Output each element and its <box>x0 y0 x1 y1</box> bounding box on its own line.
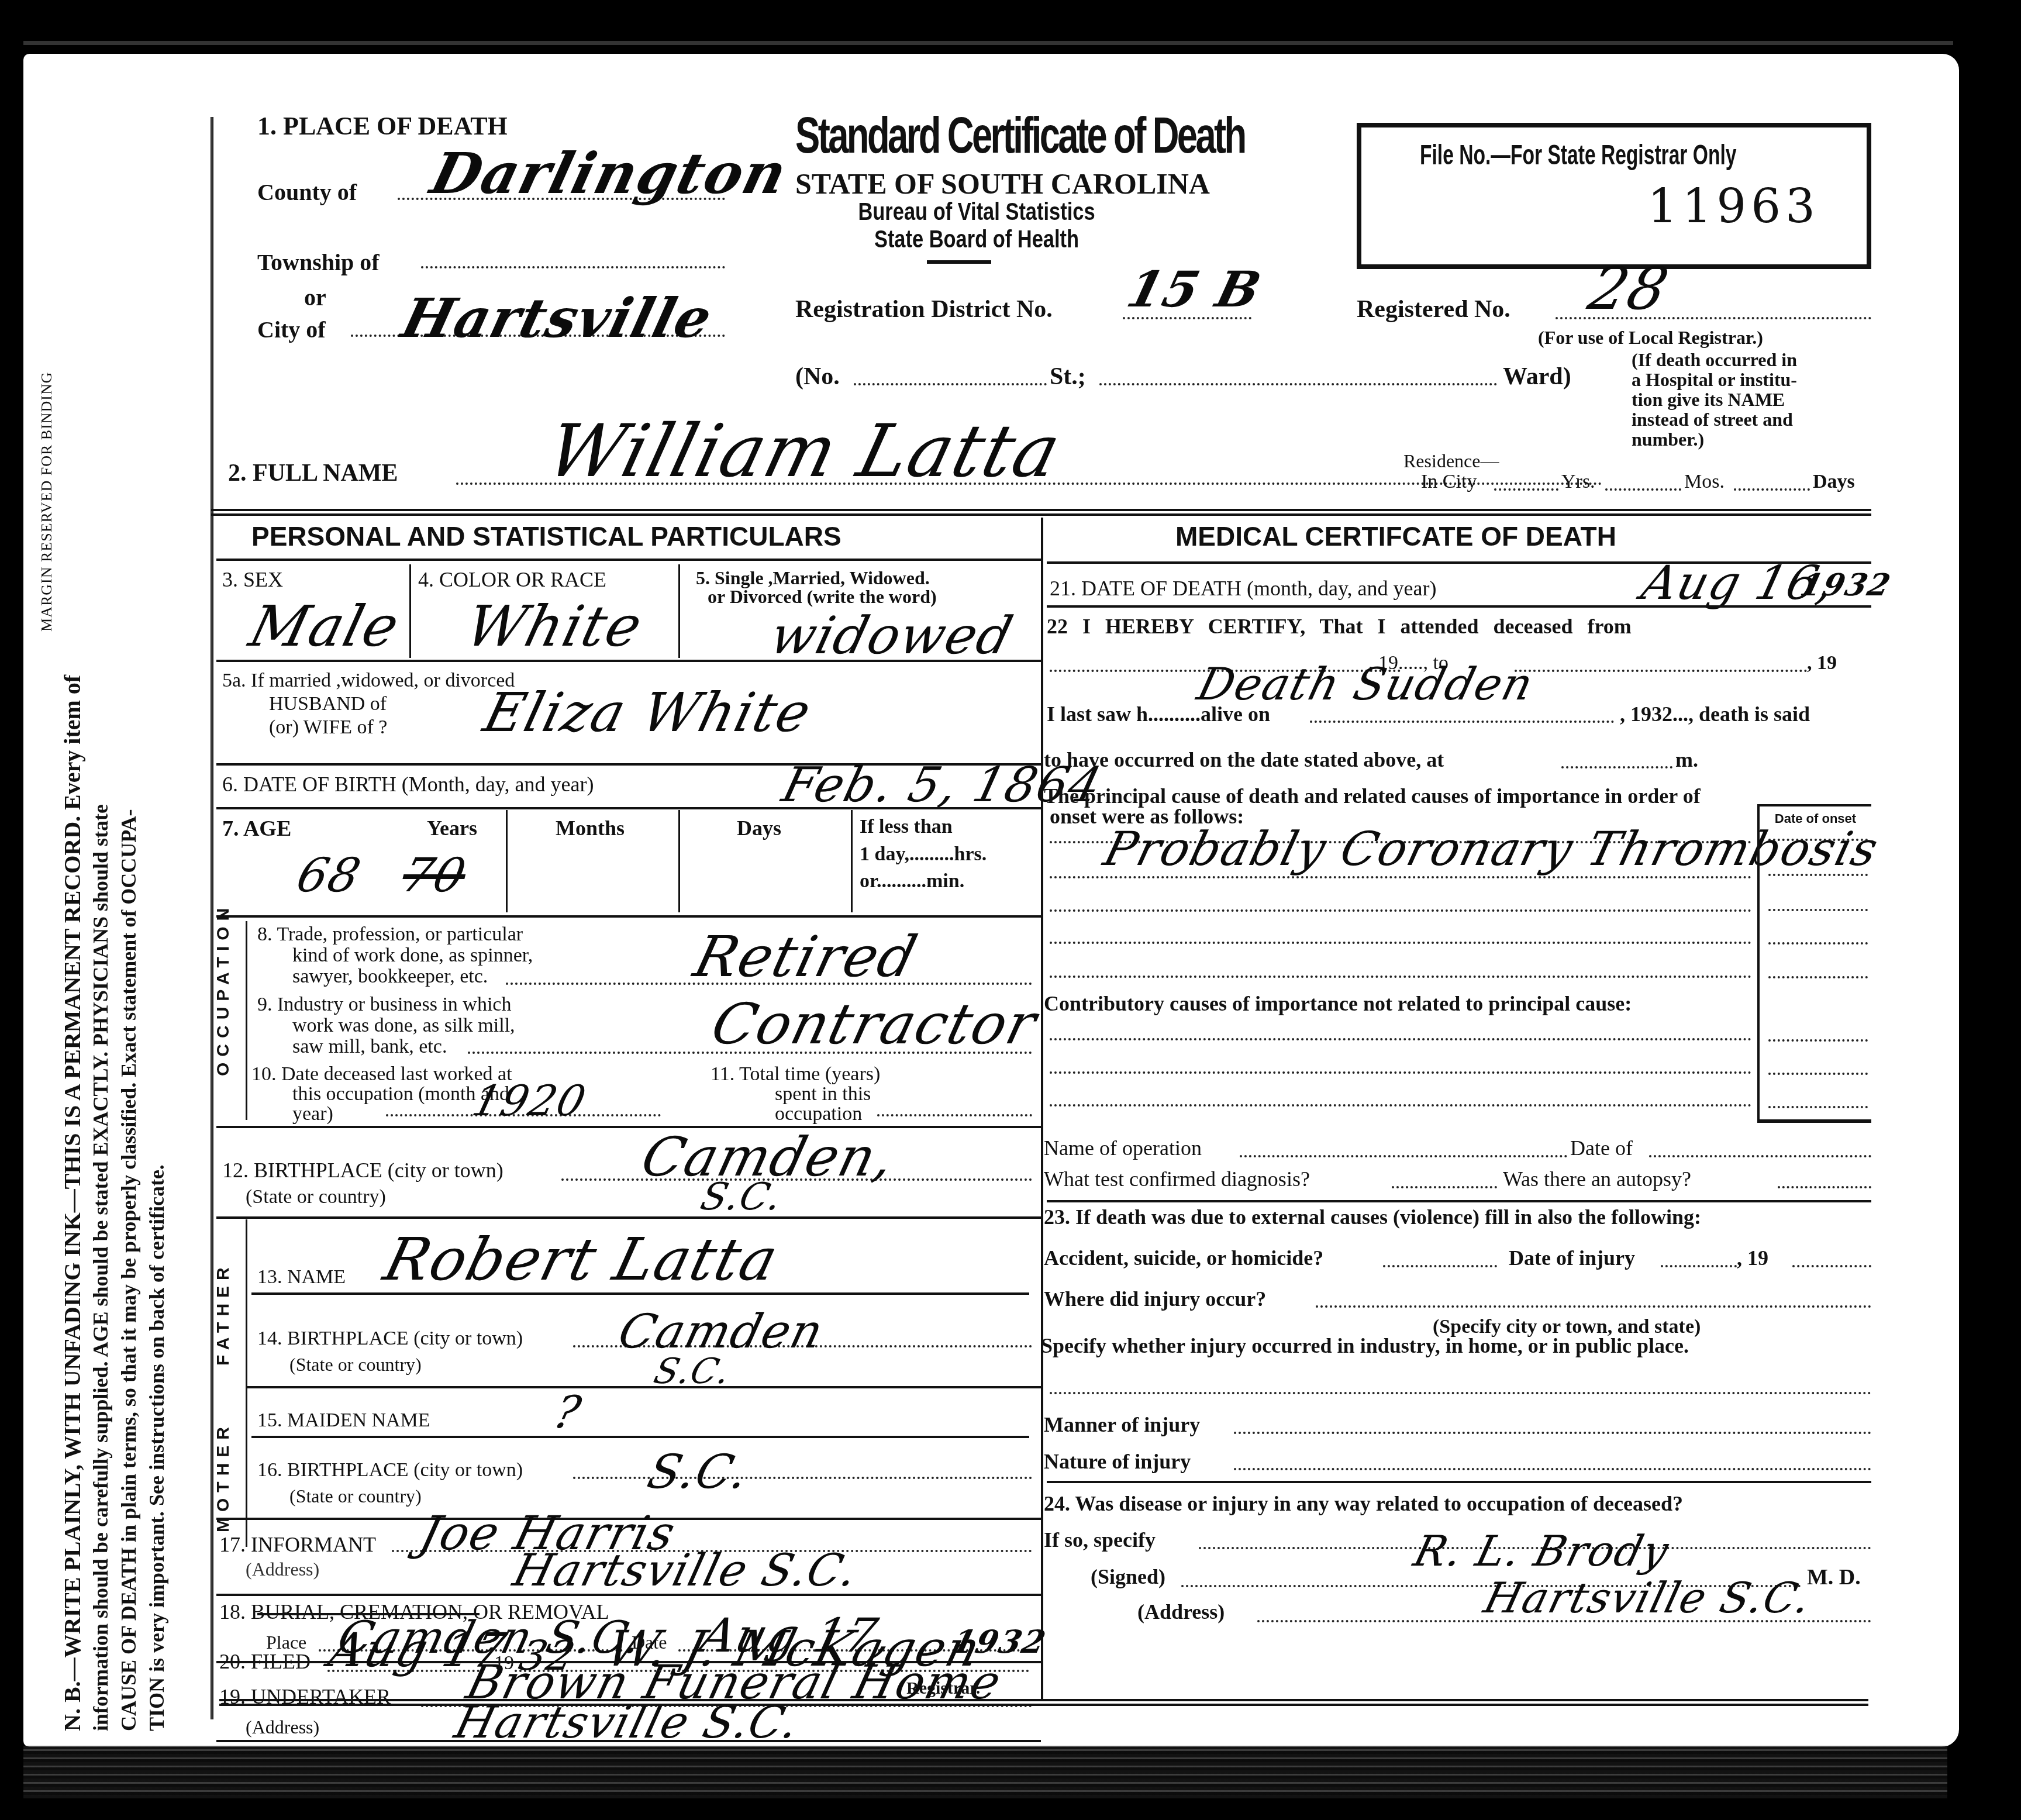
occupation-related-label: 24. Was disease or injury in any way rel… <box>1044 1491 1683 1516</box>
onset-line-1[interactable] <box>1768 839 1868 841</box>
specify-where-label: Specify whether injury occurred in indus… <box>1041 1333 1689 1358</box>
principal-line-2[interactable] <box>1050 876 1751 878</box>
physician-address-label: (Address) <box>1137 1600 1225 1624</box>
margin-line-1: N. B.—WRITE PLAINLY, WITH UNFADING INK—T… <box>58 105 87 1731</box>
dod-rule <box>1047 605 1871 608</box>
last-saw-value[interactable]: Death Sudden <box>1192 658 1539 710</box>
filed-year-prefix: 19 <box>494 1652 514 1674</box>
occurred-m: m. <box>1675 747 1698 772</box>
onset-line-3[interactable] <box>1768 909 1868 911</box>
onset-line-4[interactable] <box>1768 942 1868 945</box>
contributory-line-1[interactable] <box>1050 1038 1751 1040</box>
margin-instructions: MARGIN RESERVED FOR BINDING N. B.—WRITE … <box>35 105 205 1731</box>
occurred-text: to have occurred on the date stated abov… <box>1044 747 1444 772</box>
specify-where-line[interactable] <box>1050 1392 1871 1394</box>
onset-line-7[interactable] <box>1768 1073 1868 1075</box>
filed-label: 20. FILED <box>219 1649 311 1674</box>
autopsy-label: Was there an autopsy? <box>1503 1167 1691 1191</box>
operation-line[interactable] <box>1240 1155 1567 1157</box>
contributory-line-2[interactable] <box>1050 1071 1751 1074</box>
onset-date-box: Date of onset <box>1757 804 1871 1123</box>
manner-line[interactable] <box>1234 1432 1871 1434</box>
onset-line-5[interactable] <box>1768 976 1868 978</box>
accident-line[interactable] <box>1383 1265 1497 1267</box>
onset-line-6[interactable] <box>1768 1039 1868 1042</box>
operation-date-line[interactable] <box>1649 1155 1871 1157</box>
injury-year-label: , 19 <box>1737 1246 1768 1270</box>
nature-line[interactable] <box>1234 1468 1871 1470</box>
medical-section-title: MEDICAL CERTIFCATE OF DEATH <box>1175 521 1616 552</box>
dod-year[interactable]: 1932 <box>1796 567 1895 603</box>
occurred-time-line[interactable] <box>1561 766 1672 768</box>
principal-line-4[interactable] <box>1050 942 1751 944</box>
onset-line-8[interactable] <box>1768 1106 1868 1108</box>
injury-date-line[interactable] <box>1661 1265 1737 1267</box>
margin-line-3: CAUSE OF DEATH in plain terms, so that i… <box>115 105 143 1731</box>
medical-certificate: MEDICAL CERTIFCATE OF DEATH 21. DATE OF … <box>1041 105 1871 1743</box>
operation-label: Name of operation <box>1044 1136 1202 1160</box>
operation-date-label: Date of <box>1570 1136 1633 1160</box>
onset-header: Date of onset <box>1760 811 1871 826</box>
where-label: Where did injury occur? <box>1044 1287 1266 1311</box>
attended-to-line[interactable] <box>1515 670 1807 672</box>
if-so-label: If so, specify <box>1044 1528 1156 1552</box>
operation-rule <box>1047 1200 1871 1202</box>
last-saw-year: , 1932..., death is said <box>1620 702 1810 726</box>
contributory-label: Contributory causes of importance not re… <box>1044 991 1632 1016</box>
margin-line-4: TION is very important. See instructions… <box>143 105 171 1731</box>
certify-text: 22 I HEREBY CERTIFY, That I attended dec… <box>1047 614 1632 639</box>
registrar-signature[interactable]: W. J. McKagen <box>601 1620 987 1677</box>
injury-date-label: Date of injury <box>1509 1246 1635 1270</box>
principal-line-5[interactable] <box>1050 976 1751 978</box>
physician-signature[interactable]: R. L. Brody <box>1409 1526 1675 1576</box>
last-saw-line <box>1310 721 1614 723</box>
principal-line-3[interactable] <box>1050 909 1751 912</box>
external-causes-label: 23. If death was due to external causes … <box>1044 1205 1701 1229</box>
margin-reserved-note: MARGIN RESERVED FOR BINDING <box>35 105 58 1731</box>
autopsy-line[interactable] <box>1778 1186 1871 1188</box>
filed-year-value[interactable]: 32 <box>515 1632 581 1680</box>
test-label: What test confirmed diagnosis? <box>1044 1167 1310 1191</box>
signed-label: (Signed) <box>1091 1564 1165 1589</box>
where-line[interactable] <box>1316 1305 1871 1308</box>
from-to-end: , 19 <box>1807 652 1837 674</box>
nature-rule <box>1047 1481 1871 1483</box>
test-line[interactable] <box>1392 1186 1497 1188</box>
contributory-line-3[interactable] <box>1050 1104 1751 1107</box>
accident-label: Accident, suicide, or homicide? <box>1044 1246 1323 1270</box>
injury-year-line[interactable] <box>1792 1265 1871 1267</box>
physician-address-value[interactable]: Hartsville S.C. <box>1479 1573 1817 1622</box>
manner-label: Manner of injury <box>1044 1412 1200 1437</box>
onset-line-2[interactable] <box>1768 874 1868 876</box>
dod-label: 21. DATE OF DEATH (month, day, and year) <box>1050 576 1437 601</box>
filed-date-value[interactable]: Aug 17 <box>323 1623 512 1677</box>
margin-line-2: information should be carefully supplied… <box>87 105 115 1731</box>
registrar-label: Registrar. <box>906 1678 980 1698</box>
nature-label: Nature of injury <box>1044 1449 1191 1474</box>
